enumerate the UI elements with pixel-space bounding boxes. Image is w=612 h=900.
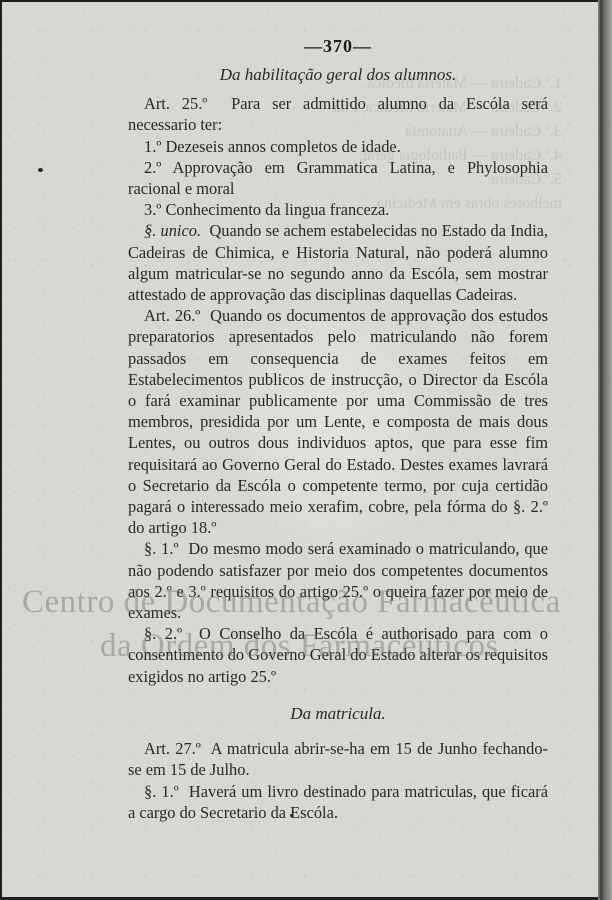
article-25-item-3: 3.º Conhecimento da lingua franceza.: [128, 199, 548, 220]
page-text: —370— Da habilitação geral dos alumnos. …: [128, 36, 548, 823]
paragraph-unico-label: §. unico.: [144, 221, 201, 240]
article-25-item-1: 1.º Dezeseis annos completos de idade.: [128, 136, 548, 157]
book-spine-shadow: [598, 0, 612, 900]
article-25-paragraph-unico: §. unico. Quando se achem estabelecidas …: [128, 220, 548, 305]
article-26-text: Quando os documentos de approvação dos e…: [128, 306, 548, 537]
ink-speck: [38, 168, 43, 172]
article-25-item-2: 2.º Approvação em Grammatica Latina, e P…: [128, 157, 548, 199]
article-27: Art. 27.º A matricula abrir-se-ha em 15 …: [128, 738, 548, 780]
article-27-paragraph-1-text: Haverá um livro destinado para matricula…: [128, 782, 548, 822]
article-27-paragraph-1: §. 1.º Haverá um livro destinado para ma…: [128, 781, 548, 823]
article-25-label: Art. 25.º: [144, 94, 207, 113]
article-27-label: Art. 27.º: [144, 739, 201, 758]
article-26-label: Art. 26.º: [144, 306, 200, 325]
article-25: Art. 25.º Para ser admittido alumno da E…: [128, 93, 548, 135]
article-26-paragraph-1: §. 1.º Do mesmo modo será examinado o ma…: [128, 538, 548, 623]
article-26-paragraph-2: §. 2.º O Conselho da Escóla é authorisad…: [128, 623, 548, 687]
section-heading-matricula: Da matricula.: [128, 703, 548, 724]
section-heading-habilitacao: Da habilitação geral dos alumnos.: [128, 64, 548, 85]
article-26-paragraph-1-label: §. 1.º: [144, 539, 179, 558]
article-26-paragraph-2-text: O Conselho da Escóla é authorisado para …: [128, 624, 548, 685]
article-26-paragraph-1-text: Do mesmo modo será examinado o matricula…: [128, 539, 548, 622]
article-27-paragraph-1-label: §. 1.º: [144, 782, 179, 801]
article-26: Art. 26.º Quando os documentos de approv…: [128, 305, 548, 538]
article-26-paragraph-2-label: §. 2.º: [144, 624, 182, 643]
page-number: —370—: [128, 36, 548, 58]
